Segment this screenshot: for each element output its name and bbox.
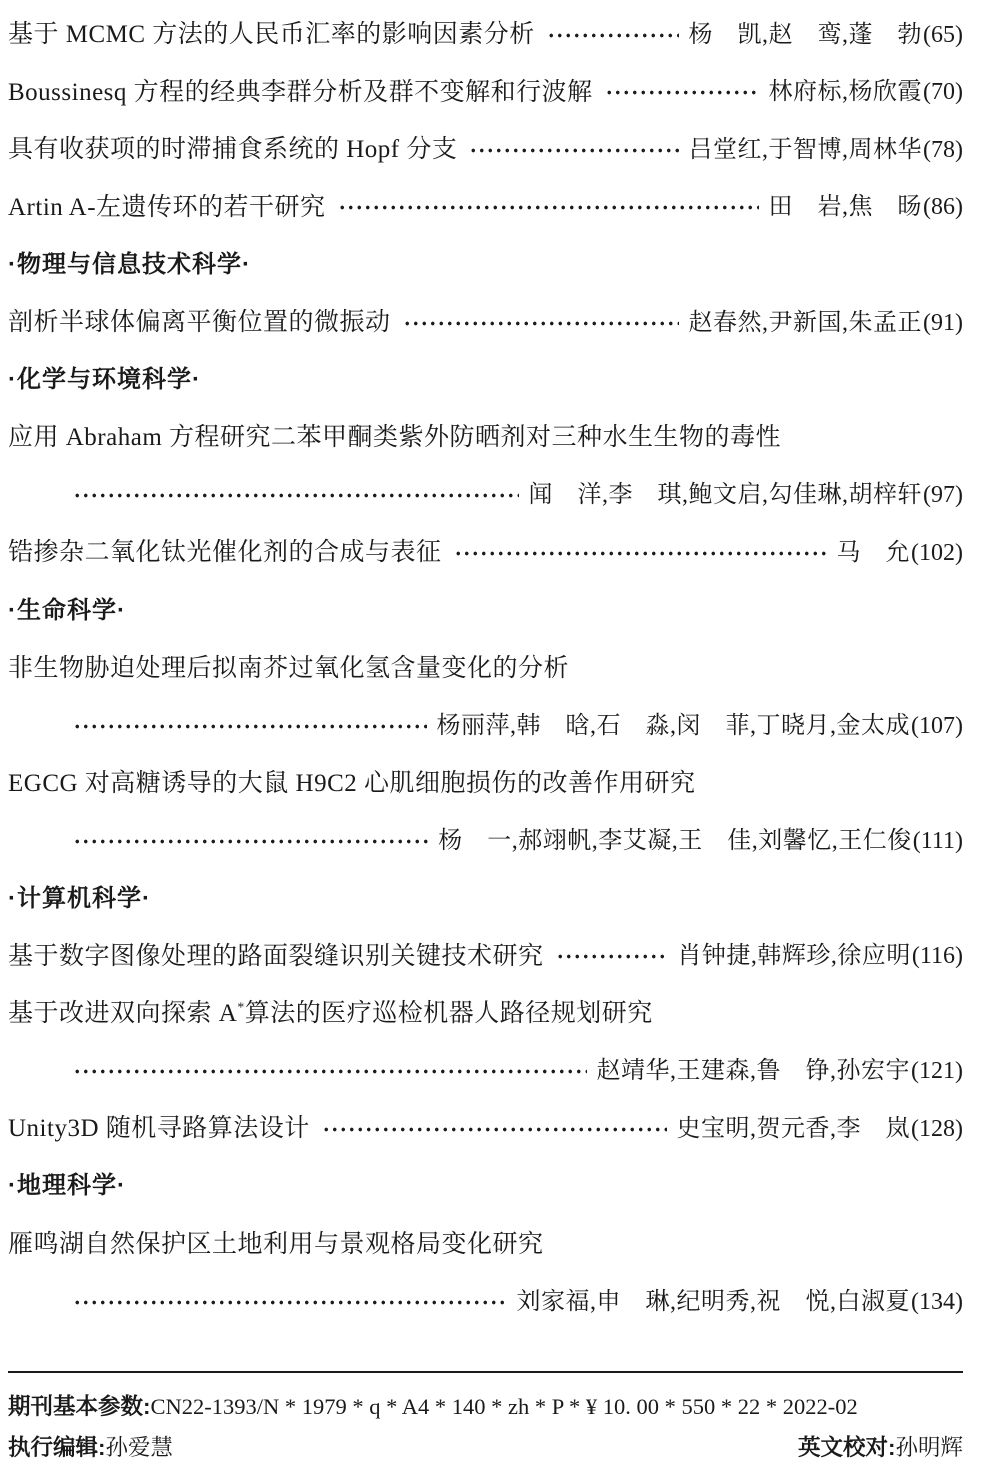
section-title: ·计算机科学· bbox=[8, 886, 151, 912]
english-proofreader-name: 孙明辉 bbox=[895, 1435, 963, 1460]
article-authors: 马 允 bbox=[837, 540, 911, 566]
article-authors: 杨 一,郝翊帆,李艾凝,王 佳,刘馨忆,王仁俊 bbox=[438, 828, 912, 854]
superscript-asterisk: * bbox=[237, 1000, 244, 1015]
toc-row: 闻 洋,李 琪,鲍文启,勾佳琳,胡梓轩(97) bbox=[8, 467, 963, 525]
article-title: 剖析半球体偏离平衡位置的微振动 bbox=[8, 309, 391, 337]
article-authors: 杨丽萍,韩 晗,石 淼,闵 菲,丁晓月,金太成 bbox=[437, 713, 911, 739]
article-page-number: (91) bbox=[923, 310, 963, 336]
toc-row: 基于改进双向探索 A*算法的医疗巡检机器人路径规划研究 bbox=[8, 985, 963, 1043]
article-authors: 赵靖华,王建森,鲁 铮,孙宏宇 bbox=[597, 1058, 911, 1084]
dot-leader bbox=[454, 541, 827, 566]
toc-list: 基于 MCMC 方法的人民币汇率的影响因素分析杨 凯,赵 鸾,蓬 勃(65)Bo… bbox=[8, 6, 963, 1331]
toc-row: 基于 MCMC 方法的人民币汇率的影响因素分析杨 凯,赵 鸾,蓬 勃(65) bbox=[8, 6, 963, 64]
article-title: 具有收获项的时滞捕食系统的 Hopf 分支 bbox=[8, 136, 457, 164]
executive-editor-label: 执行编辑: bbox=[8, 1435, 106, 1460]
article-title: 基于 MCMC 方法的人民币汇率的影响因素分析 bbox=[8, 21, 535, 49]
journal-toc-page: 基于 MCMC 方法的人民币汇率的影响因素分析杨 凯,赵 鸾,蓬 勃(65)Bo… bbox=[0, 0, 988, 1471]
dot-leader bbox=[73, 1289, 507, 1314]
toc-row: 杨 一,郝翊帆,李艾凝,王 佳,刘馨忆,王仁俊(111) bbox=[8, 812, 963, 870]
article-page-number: (107) bbox=[911, 713, 963, 739]
dot-leader bbox=[547, 22, 679, 47]
section-title: ·生命科学· bbox=[8, 598, 126, 624]
article-page-number: (111) bbox=[913, 828, 963, 854]
article-title: EGCG 对高糖诱导的大鼠 H9C2 心肌细胞损伤的改善作用研究 bbox=[8, 770, 696, 798]
journal-params-label: 期刊基本参数: bbox=[8, 1389, 151, 1421]
article-authors: 田 岩,焦 旸 bbox=[769, 194, 923, 220]
toc-row: 应用 Abraham 方程研究二苯甲酮类紫外防晒剂对三种水生生物的毒性 bbox=[8, 409, 963, 467]
dot-leader bbox=[338, 195, 759, 220]
journal-parameters-line: 期刊基本参数:CN22-1393/N * 1979 * q * A4 * 140… bbox=[8, 1389, 963, 1421]
dot-leader bbox=[469, 137, 678, 162]
section-header: ·生命科学· bbox=[8, 582, 963, 640]
article-title: 应用 Abraham 方程研究二苯甲酮类紫外防晒剂对三种水生生物的毒性 bbox=[8, 424, 781, 452]
article-page-number: (78) bbox=[923, 137, 963, 163]
dot-leader bbox=[73, 483, 519, 508]
article-authors: 刘家福,申 琳,纪明秀,祝 悦,白淑夏 bbox=[517, 1289, 911, 1315]
dot-leader bbox=[605, 80, 759, 105]
article-title: 基于改进双向探索 A*算法的医疗巡检机器人路径规划研究 bbox=[8, 1000, 653, 1028]
article-page-number: (97) bbox=[923, 482, 963, 508]
executive-editor-name: 孙爱慧 bbox=[106, 1435, 174, 1460]
article-page-number: (86) bbox=[923, 194, 963, 220]
section-title: ·物理与信息技术科学· bbox=[8, 252, 251, 278]
article-page-number: (128) bbox=[911, 1116, 963, 1142]
article-page-number: (65) bbox=[923, 22, 963, 48]
article-page-number: (121) bbox=[911, 1058, 963, 1084]
toc-row: 基于数字图像处理的路面裂缝识别关键技术研究肖钟捷,韩辉珍,徐应明(116) bbox=[8, 928, 963, 986]
section-header: ·化学与环境科学· bbox=[8, 352, 963, 410]
article-title: 非生物胁迫处理后拟南芥过氧化氢含量变化的分析 bbox=[8, 655, 569, 683]
article-title: Unity3D 随机寻路算法设计 bbox=[8, 1115, 310, 1143]
article-title: 基于数字图像处理的路面裂缝识别关键技术研究 bbox=[8, 943, 544, 971]
toc-row: Unity3D 随机寻路算法设计史宝明,贺元香,李 岚(128) bbox=[8, 1100, 963, 1158]
article-authors: 吕堂红,于智博,周林华 bbox=[689, 137, 923, 163]
article-title: Boussinesq 方程的经典李群分析及群不变解和行波解 bbox=[8, 79, 593, 107]
toc-row: 剖析半球体偏离平衡位置的微振动赵春然,尹新国,朱孟正(91) bbox=[8, 294, 963, 352]
article-title: 锆掺杂二氧化钛光催化剂的合成与表征 bbox=[8, 539, 442, 567]
article-page-number: (70) bbox=[923, 79, 963, 105]
article-title: Artin A-左遗传环的若干研究 bbox=[8, 194, 326, 222]
article-authors: 闻 洋,李 琪,鲍文启,勾佳琳,胡梓轩 bbox=[529, 482, 923, 508]
dot-leader bbox=[73, 829, 428, 854]
article-authors: 林府标,杨欣霞 bbox=[769, 79, 923, 105]
footer-divider bbox=[8, 1371, 963, 1373]
article-page-number: (134) bbox=[911, 1289, 963, 1315]
toc-row: Boussinesq 方程的经典李群分析及群不变解和行波解林府标,杨欣霞(70) bbox=[8, 64, 963, 122]
article-page-number: (102) bbox=[911, 540, 963, 566]
toc-row: Artin A-左遗传环的若干研究田 岩,焦 旸(86) bbox=[8, 179, 963, 237]
dot-leader bbox=[73, 713, 427, 738]
toc-row: 杨丽萍,韩 晗,石 淼,闵 菲,丁晓月,金太成(107) bbox=[8, 697, 963, 755]
toc-row: 具有收获项的时滞捕食系统的 Hopf 分支吕堂红,于智博,周林华(78) bbox=[8, 121, 963, 179]
article-title: 雁鸣湖自然保护区土地利用与景观格局变化研究 bbox=[8, 1231, 544, 1259]
dot-leader bbox=[322, 1117, 667, 1142]
section-header: ·物理与信息技术科学· bbox=[8, 236, 963, 294]
toc-row: EGCG 对高糖诱导的大鼠 H9C2 心肌细胞损伤的改善作用研究 bbox=[8, 755, 963, 813]
article-authors: 肖钟捷,韩辉珍,徐应明 bbox=[677, 943, 911, 969]
credits-line: 执行编辑:孙爱慧 英文校对:孙明辉 bbox=[8, 1430, 963, 1462]
executive-editor: 执行编辑:孙爱慧 bbox=[8, 1430, 173, 1462]
section-title: ·化学与环境科学· bbox=[8, 367, 201, 393]
toc-row: 锆掺杂二氧化钛光催化剂的合成与表征马 允(102) bbox=[8, 524, 963, 582]
english-proofreader-label: 英文校对: bbox=[798, 1435, 896, 1460]
article-authors: 史宝明,贺元香,李 岚 bbox=[677, 1116, 911, 1142]
toc-row: 刘家福,申 琳,纪明秀,祝 悦,白淑夏(134) bbox=[8, 1273, 963, 1331]
dot-leader bbox=[556, 944, 668, 969]
section-header: ·计算机科学· bbox=[8, 870, 963, 928]
article-page-number: (116) bbox=[912, 943, 963, 969]
toc-row: 赵靖华,王建森,鲁 铮,孙宏宇(121) bbox=[8, 1043, 963, 1101]
journal-params-value: CN22-1393/N * 1979 * q * A4 * 140 * zh *… bbox=[151, 1394, 858, 1420]
toc-row: 雁鸣湖自然保护区土地利用与景观格局变化研究 bbox=[8, 1215, 963, 1273]
article-authors: 赵春然,尹新国,朱孟正 bbox=[689, 310, 923, 336]
section-header: ·地理科学· bbox=[8, 1158, 963, 1216]
dot-leader bbox=[73, 1059, 587, 1084]
toc-row: 非生物胁迫处理后拟南芥过氧化氢含量变化的分析 bbox=[8, 640, 963, 698]
english-proofreader: 英文校对:孙明辉 bbox=[798, 1430, 963, 1462]
section-title: ·地理科学· bbox=[8, 1173, 126, 1199]
dot-leader bbox=[403, 310, 679, 335]
article-authors: 杨 凯,赵 鸾,蓬 勃 bbox=[689, 22, 923, 48]
